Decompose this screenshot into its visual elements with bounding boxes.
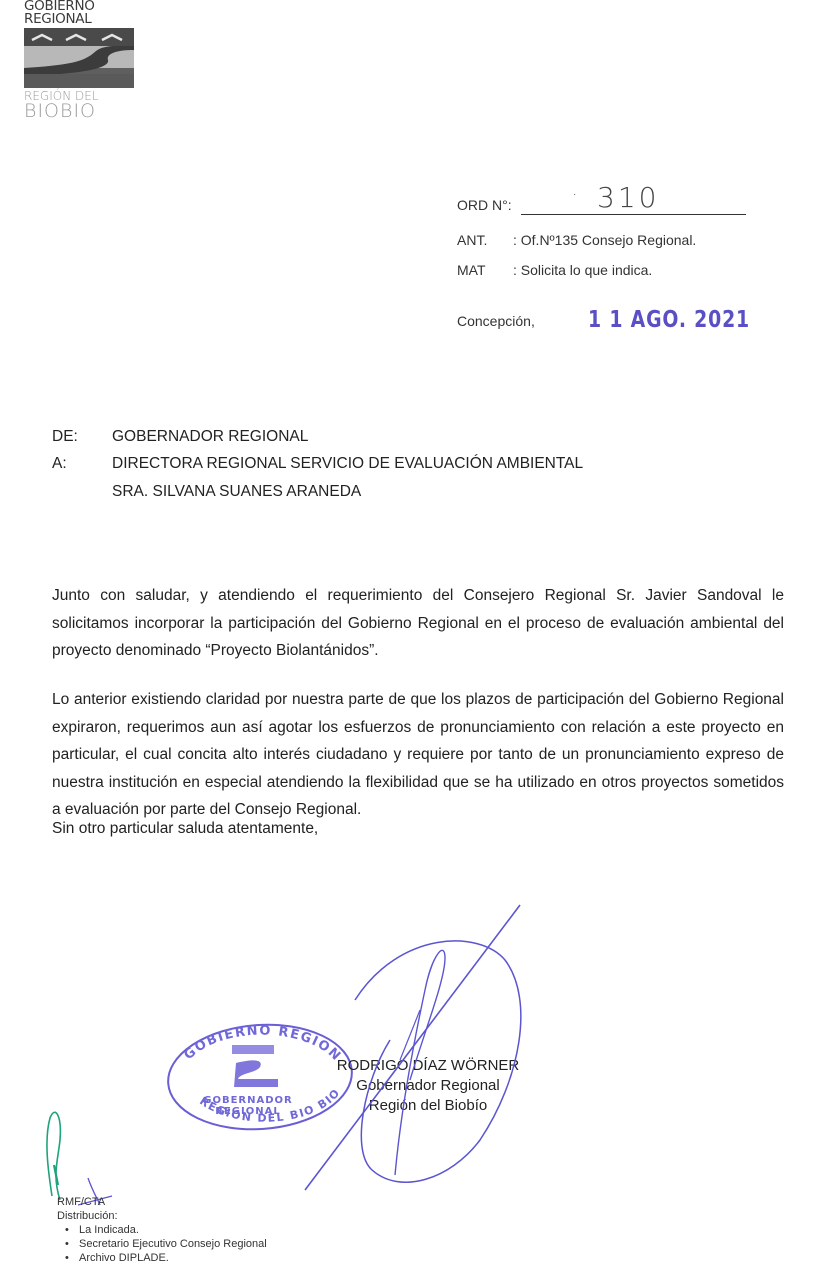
body-paragraph-2: Lo anterior existiendo claridad por nues… xyxy=(52,686,784,824)
distribution-item: La Indicada. xyxy=(79,1223,267,1237)
mat-value: : Solicita lo que indica. xyxy=(513,262,652,278)
to-value: DIRECTORA REGIONAL SERVICIO DE EVALUACIÓ… xyxy=(112,455,583,472)
distribution-item: Secretario Ejecutivo Consejo Regional xyxy=(79,1237,267,1251)
logo-text-bottom: REGIÓN DEL BIOBIO xyxy=(24,90,138,120)
ord-number-field: ORD N°: · 310 xyxy=(457,183,747,215)
logo-line-regional: REGIONAL xyxy=(24,13,138,26)
distribution-list: La Indicada. Secretario Ejecutivo Consej… xyxy=(57,1223,267,1265)
distribution-label: Distribución: xyxy=(57,1209,267,1223)
to-recipient-name: SRA. SILVANA SUANES ARANEDA xyxy=(112,483,361,501)
mat-row: MAT: Solicita lo que indica. xyxy=(457,262,652,278)
from-value: GOBERNADOR REGIONAL xyxy=(112,428,308,445)
signature-block: RODRIGO DÍAZ WÖRNER Gobernador Regional … xyxy=(323,1056,533,1116)
signatory-region: Región del Biobío xyxy=(323,1096,533,1116)
ord-dot-mark: · xyxy=(573,189,576,200)
to-row: A:DIRECTORA REGIONAL SERVICIO DE EVALUAC… xyxy=(52,455,583,473)
ant-label: ANT. xyxy=(457,232,513,248)
ord-label: ORD N°: xyxy=(457,197,512,213)
to-label: A: xyxy=(52,455,112,473)
from-row: DE:GOBERNADOR REGIONAL xyxy=(52,428,308,446)
date-row: Concepción, 1 1 AGO. 2021 xyxy=(457,313,535,329)
ant-value: : Of.Nº135 Consejo Regional. xyxy=(513,232,696,248)
gobierno-regional-logo: GOBIERNO REGIONAL REGIÓN DEL BIOBIO xyxy=(24,0,138,120)
svg-text:GOBIERNO REGIONAL: GOBIERNO REGIONAL xyxy=(160,1015,344,1065)
logo-line-biobio: BIOBIO xyxy=(24,102,138,120)
signatory-title: Gobernador Regional xyxy=(323,1076,533,1096)
ant-row: ANT.: Of.Nº135 Consejo Regional. xyxy=(457,232,696,248)
river-emblem-icon xyxy=(24,28,134,88)
initials-mark xyxy=(47,1112,60,1200)
logo-text-top: GOBIERNO REGIONAL xyxy=(24,0,138,26)
body-paragraph-1: Junto con saludar, y atendiendo el reque… xyxy=(52,582,784,665)
mat-label: MAT xyxy=(457,262,513,278)
author-initials: RMF/CTA xyxy=(57,1195,267,1209)
ord-underline xyxy=(521,214,746,215)
seal-top-arc: GOBIERNO REGIONAL xyxy=(160,1015,344,1065)
date-stamp: 1 1 AGO. 2021 xyxy=(588,307,750,333)
from-label: DE: xyxy=(52,428,112,446)
distribution-item: Archivo DIPLADE. xyxy=(79,1251,267,1265)
closing-line: Sin otro particular saluda atentamente, xyxy=(52,815,784,843)
place-label: Concepción, xyxy=(457,313,535,329)
footer: RMF/CTA Distribución: La Indicada. Secre… xyxy=(57,1195,267,1265)
signatory-name: RODRIGO DÍAZ WÖRNER xyxy=(323,1056,533,1076)
ord-number: 310 xyxy=(597,181,659,214)
